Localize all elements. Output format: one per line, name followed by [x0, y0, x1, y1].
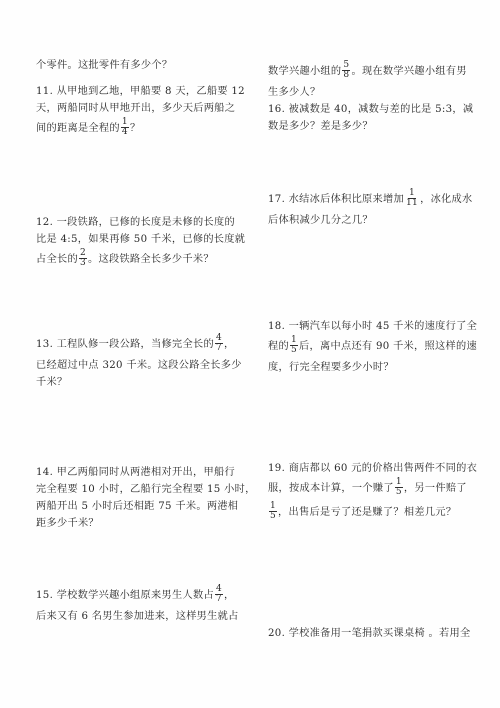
text-run: 18. 一辆汽车以每小时 45 千米的速度行了全 [268, 321, 477, 332]
fraction-denominator: 5 [290, 346, 298, 355]
q10-tail: 个零件。这批零件有多少个？ [36, 57, 236, 74]
text-run: 天，两船同时从甲地开出，多少天后两船之 [36, 103, 235, 114]
text-line: 程的15后，离中点还有 90 千米，照这样的速 [268, 335, 468, 359]
text-run: 11. 从甲地到乙地，甲船要 8 天，乙船要 12 [36, 86, 245, 97]
q15-tail-and-question-16: 数学兴趣小组的58。现在数学兴趣小组有男生多少人？16. 被减数是 40，减数与… [268, 60, 468, 135]
text-line: 个零件。这批零件有多少个？ [36, 57, 236, 74]
text-line: 服，按成本计算，一个赚了15，另一件赔了 [268, 477, 468, 501]
fraction: 23 [79, 249, 87, 268]
fraction-numerator: 1 [395, 478, 403, 488]
text-run: 程的 [268, 341, 289, 352]
text-run: 12. 一段铁路，已修的长度是未修的长度的 [36, 217, 235, 228]
text-line: 数学兴趣小组的58。现在数学兴趣小组有男 [268, 60, 468, 84]
fraction-denominator: 5 [395, 488, 403, 497]
fraction: 14 [121, 118, 129, 137]
fraction-denominator: 8 [342, 71, 350, 80]
fraction-denominator: 11 [405, 199, 419, 208]
text-run: 。这段铁路全长多少千米？ [88, 254, 214, 265]
text-run: 13. 工程队修一段公路，当修完全长的 [36, 339, 214, 350]
text-run: 间的距离是全程的 [36, 123, 120, 134]
fraction-denominator: 5 [269, 512, 277, 521]
fraction-numerator: 4 [215, 585, 223, 595]
text-line: 13. 工程队修一段公路，当修完全长的47， [36, 333, 236, 357]
fraction: 15 [395, 478, 403, 497]
text-run: 后体积减少几分之几？ [268, 215, 373, 226]
text-run: 个零件。这批零件有多少个？ [36, 60, 172, 71]
text-line: 11. 从甲地到乙地，甲船要 8 天，乙船要 12 [36, 83, 236, 100]
text-line: 距多少千米？ [36, 515, 236, 532]
text-run: 后，离中点还有 90 千米，照这样的速 [299, 341, 477, 352]
fraction: 47 [215, 585, 223, 604]
fraction-numerator: 1 [121, 118, 129, 128]
text-line: 数是多少？差是多少？ [268, 118, 468, 135]
question-19: 19. 商店都以 60 元的价格出售两件不同的衣服，按成本计算，一个赚了15，另… [268, 460, 468, 525]
text-line: 占全长的23。这段铁路全长多少千米？ [36, 248, 236, 272]
question-15: 15. 学校数学兴趣小组原来男生人数占47，后来又有 6 名男生参加进来，这样男… [36, 584, 236, 625]
question-11: 11. 从甲地到乙地，甲船要 8 天，乙船要 12天，两船同时从甲地开出，多少天… [36, 83, 236, 141]
fraction: 15 [290, 336, 298, 355]
text-run: 完全程要 10 小时，乙船行完全程要 15 小时， [36, 484, 256, 495]
text-line: 生多少人？ [268, 84, 468, 101]
text-run: ？ [130, 123, 141, 134]
text-run: ，冰化成水 [420, 194, 472, 205]
fraction-numerator: 5 [342, 61, 350, 71]
text-run: 占全长的 [36, 254, 78, 265]
document-page: 个零件。这批零件有多少个？ 11. 从甲地到乙地，甲船要 8 天，乙船要 12天… [0, 0, 500, 708]
text-line: 15，出售后是亏了还是赚了？相差几元？ [268, 501, 468, 525]
text-run: ， [224, 590, 235, 601]
text-run: 后来又有 6 名男生参加进来，这样男生就占 [36, 611, 239, 622]
text-line: 天，两船同时从甲地开出，多少天后两船之 [36, 100, 236, 117]
text-run: 19. 商店都以 60 元的价格出售两件不同的衣 [268, 463, 477, 474]
text-run: 两船开出 5 小时后还相距 75 千米。两港相 [36, 501, 238, 512]
text-run: 数是多少？差是多少？ [268, 121, 373, 132]
text-run: 生多少人？ [268, 87, 320, 98]
text-line: 15. 学校数学兴趣小组原来男生人数占47， [36, 584, 236, 608]
text-run: 比是 4:5，如果再修 50 千米，已修的长度就 [36, 234, 245, 245]
fraction-denominator: 3 [79, 259, 87, 268]
text-run: 16. 被减数是 40，减数与差的比是 5:3，减 [268, 104, 473, 115]
text-run: 。现在数学兴趣小组有男 [351, 66, 466, 77]
fraction: 15 [269, 502, 277, 521]
text-line: 间的距离是全程的14？ [36, 117, 236, 141]
question-17: 17. 水结冰后体积比原来增加111，冰化成水后体积减少几分之几？ [268, 188, 468, 229]
fraction-numerator: 1 [290, 336, 298, 346]
question-12: 12. 一段铁路，已修的长度是未修的长度的比是 4:5，如果再修 50 千米，已… [36, 214, 236, 272]
fraction: 58 [342, 61, 350, 80]
text-line: 19. 商店都以 60 元的价格出售两件不同的衣 [268, 460, 468, 477]
text-run: 数学兴趣小组的 [268, 66, 341, 77]
text-line: 度，行完全程要多少小时？ [268, 359, 468, 376]
fraction-denominator: 7 [215, 595, 223, 604]
text-line: 14. 甲乙两船同时从两港相对开出，甲船行 [36, 464, 236, 481]
text-run: ， [224, 339, 235, 350]
text-line: 17. 水结冰后体积比原来增加111，冰化成水 [268, 188, 468, 212]
question-20: 20. 学校准备用一笔捐款买课桌椅 。若用全 [268, 625, 468, 642]
question-13: 13. 工程队修一段公路，当修完全长的47，已经超过中点 320 千米。这段公路… [36, 333, 236, 391]
fraction-numerator: 2 [79, 249, 87, 259]
text-line: 千米？ [36, 374, 236, 391]
fraction: 47 [215, 334, 223, 353]
text-run: 14. 甲乙两船同时从两港相对开出，甲船行 [36, 467, 235, 478]
text-run: 距多少千米？ [36, 518, 99, 529]
text-line: 两船开出 5 小时后还相距 75 千米。两港相 [36, 498, 236, 515]
fraction-denominator: 7 [215, 344, 223, 353]
fraction-numerator: 1 [269, 502, 277, 512]
text-line: 已经超过中点 320 千米。这段公路全长多少 [36, 357, 236, 374]
fraction-denominator: 4 [121, 128, 129, 137]
text-run: 17. 水结冰后体积比原来增加 [268, 194, 404, 205]
question-14: 14. 甲乙两船同时从两港相对开出，甲船行完全程要 10 小时，乙船行完全程要 … [36, 464, 236, 532]
fraction-numerator: 1 [408, 189, 416, 199]
text-line: 16. 被减数是 40，减数与差的比是 5:3，减 [268, 101, 468, 118]
text-run: 20. 学校准备用一笔捐款买课桌椅 。若用全 [268, 628, 470, 639]
text-run: ，另一件赔了 [404, 483, 467, 494]
text-run: 度，行完全程要多少小时？ [268, 362, 394, 373]
text-line: 后来又有 6 名男生参加进来，这样男生就占 [36, 608, 236, 625]
text-run: ，出售后是亏了还是赚了？相差几元？ [278, 507, 456, 518]
fraction-numerator: 4 [215, 334, 223, 344]
text-line: 18. 一辆汽车以每小时 45 千米的速度行了全 [268, 318, 468, 335]
text-line: 比是 4:5，如果再修 50 千米，已修的长度就 [36, 231, 236, 248]
question-18: 18. 一辆汽车以每小时 45 千米的速度行了全程的15后，离中点还有 90 千… [268, 318, 468, 376]
text-line: 完全程要 10 小时，乙船行完全程要 15 小时， [36, 481, 236, 498]
text-run: 15. 学校数学兴趣小组原来男生人数占 [36, 590, 214, 601]
text-line: 20. 学校准备用一笔捐款买课桌椅 。若用全 [268, 625, 468, 642]
text-run: 千米？ [36, 377, 67, 388]
text-line: 后体积减少几分之几？ [268, 212, 468, 229]
text-run: 服，按成本计算，一个赚了 [268, 483, 394, 494]
text-run: 已经超过中点 320 千米。这段公路全长多少 [36, 360, 242, 371]
text-line: 12. 一段铁路，已修的长度是未修的长度的 [36, 214, 236, 231]
fraction: 111 [405, 189, 419, 208]
